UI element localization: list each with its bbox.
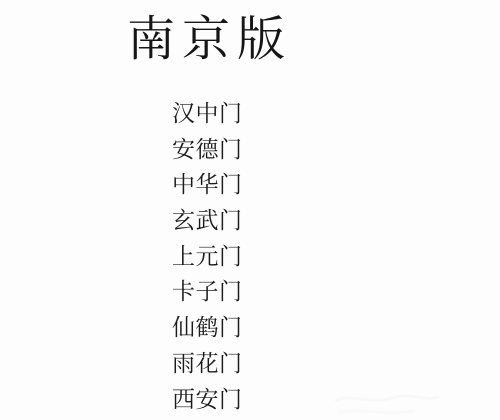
faint-watermark-smudge [332, 390, 442, 418]
list-item: 卡子门 [172, 274, 243, 310]
gate-list: 汉中门 安德门 中华门 玄武门 上元门 卡子门 仙鹤门 雨花门 西安门 [172, 96, 243, 417]
list-item: 玄武门 [172, 203, 243, 239]
list-item: 安德门 [172, 132, 243, 168]
list-item: 中华门 [172, 167, 243, 203]
list-item: 仙鹤门 [172, 310, 243, 346]
list-item: 雨花门 [172, 346, 243, 382]
list-item: 上元门 [172, 239, 243, 275]
list-item: 西安门 [172, 382, 243, 418]
page-title: 南京版 [127, 0, 292, 69]
list-item: 汉中门 [172, 96, 243, 132]
